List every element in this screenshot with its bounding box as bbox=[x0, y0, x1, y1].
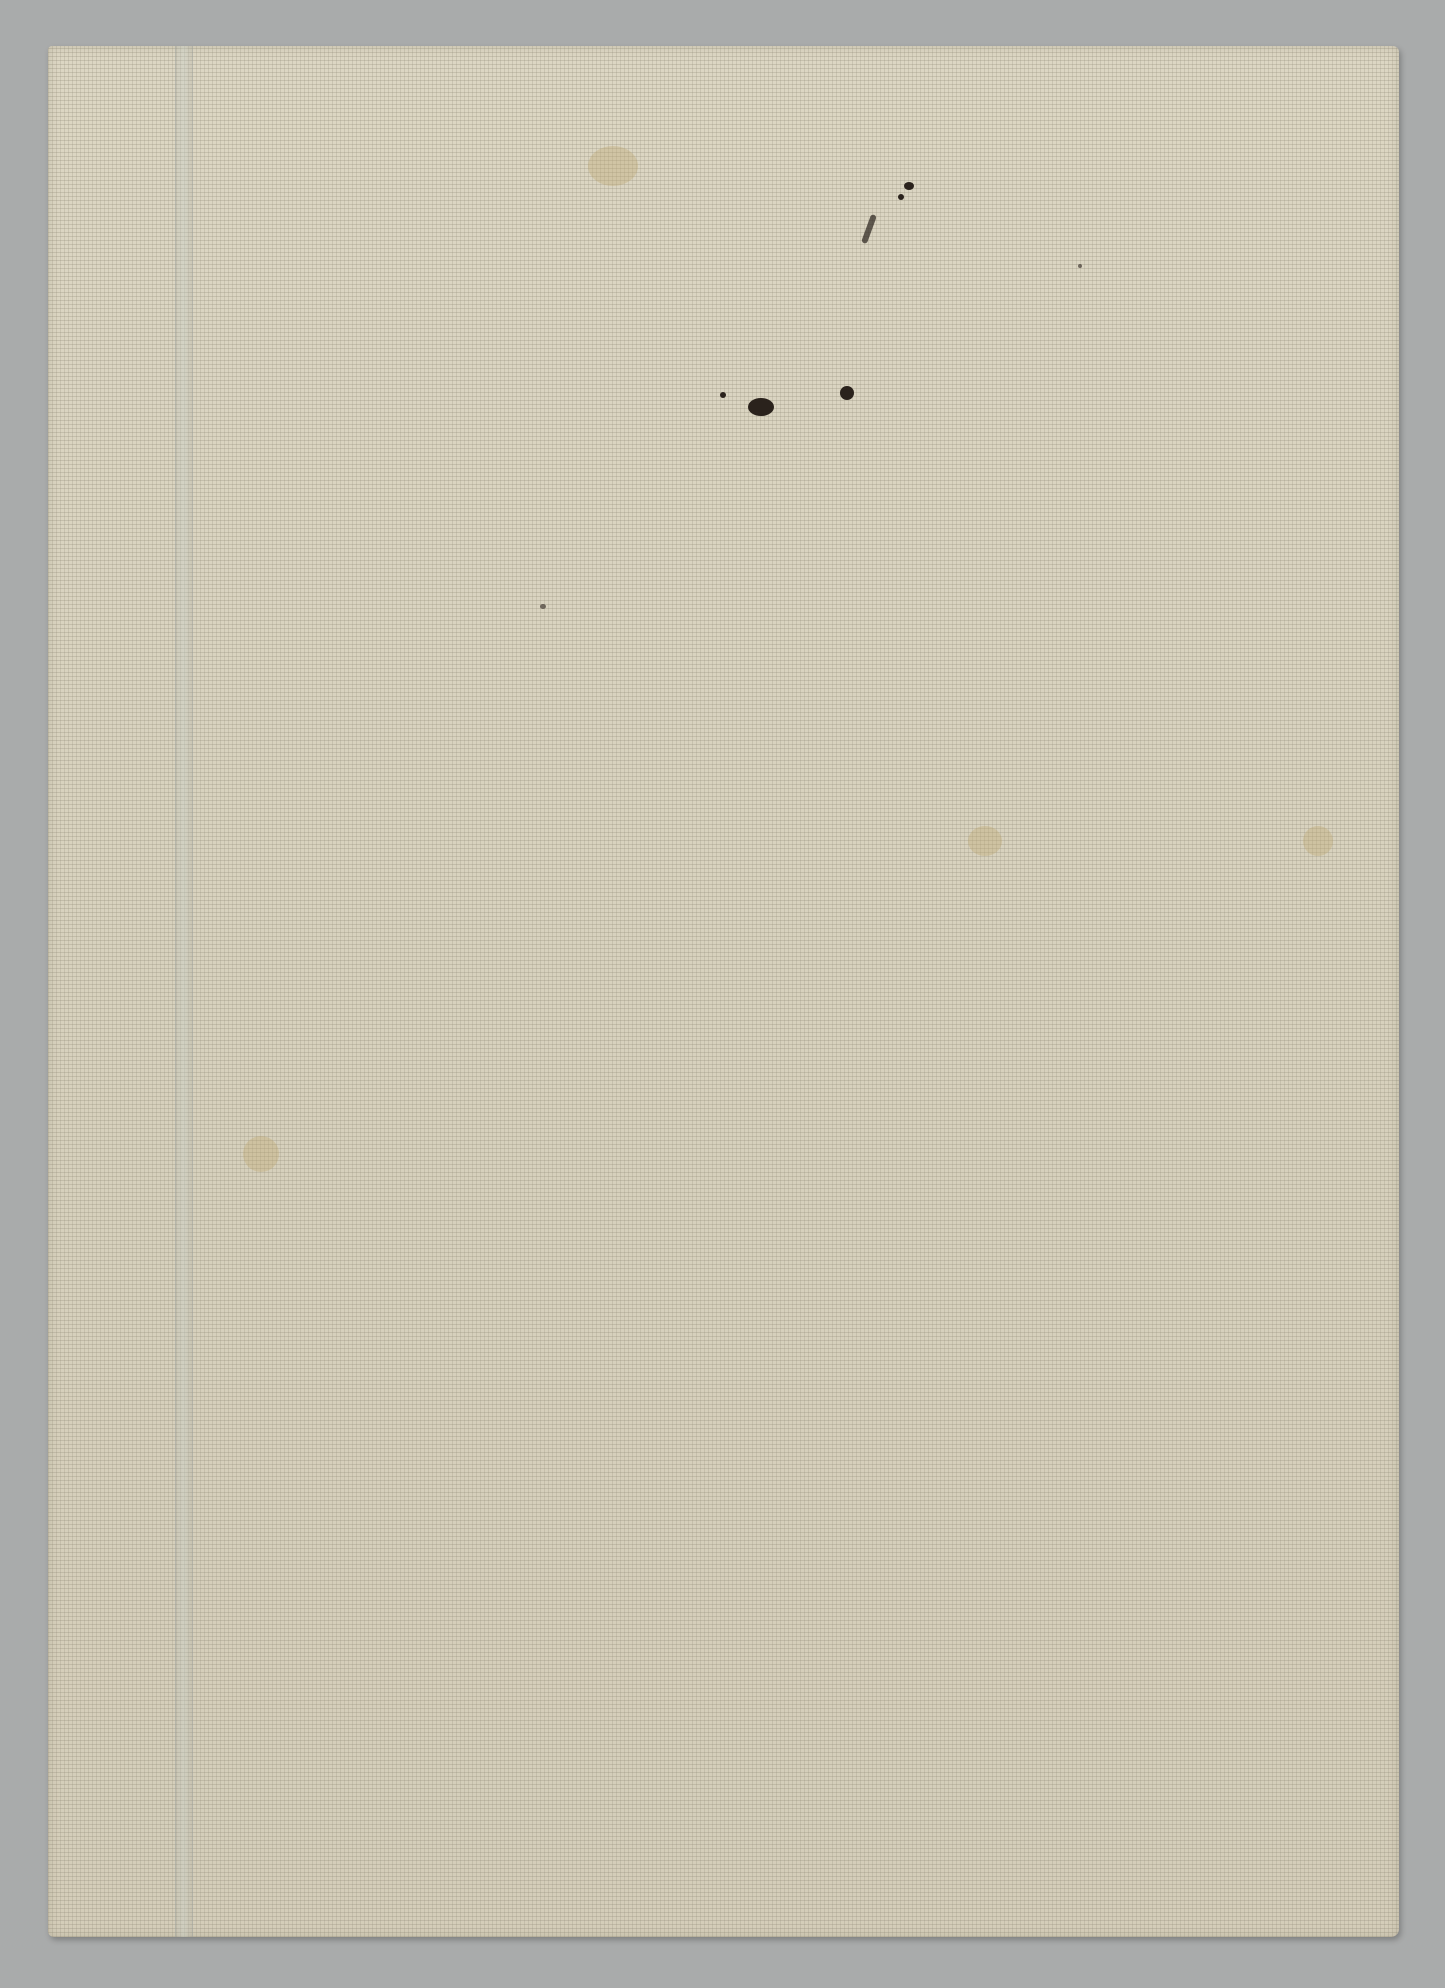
stain bbox=[968, 826, 1002, 856]
stain bbox=[861, 214, 877, 244]
stain bbox=[748, 398, 774, 416]
stain bbox=[898, 194, 904, 200]
stain bbox=[840, 386, 854, 400]
spine-hinge bbox=[175, 46, 193, 1937]
stain bbox=[243, 1136, 279, 1172]
stain bbox=[1303, 826, 1333, 856]
stain bbox=[720, 392, 726, 398]
stain bbox=[904, 182, 914, 190]
stain bbox=[588, 146, 638, 186]
stain bbox=[1078, 264, 1082, 268]
book-cover bbox=[48, 46, 1399, 1937]
stain bbox=[540, 604, 546, 609]
